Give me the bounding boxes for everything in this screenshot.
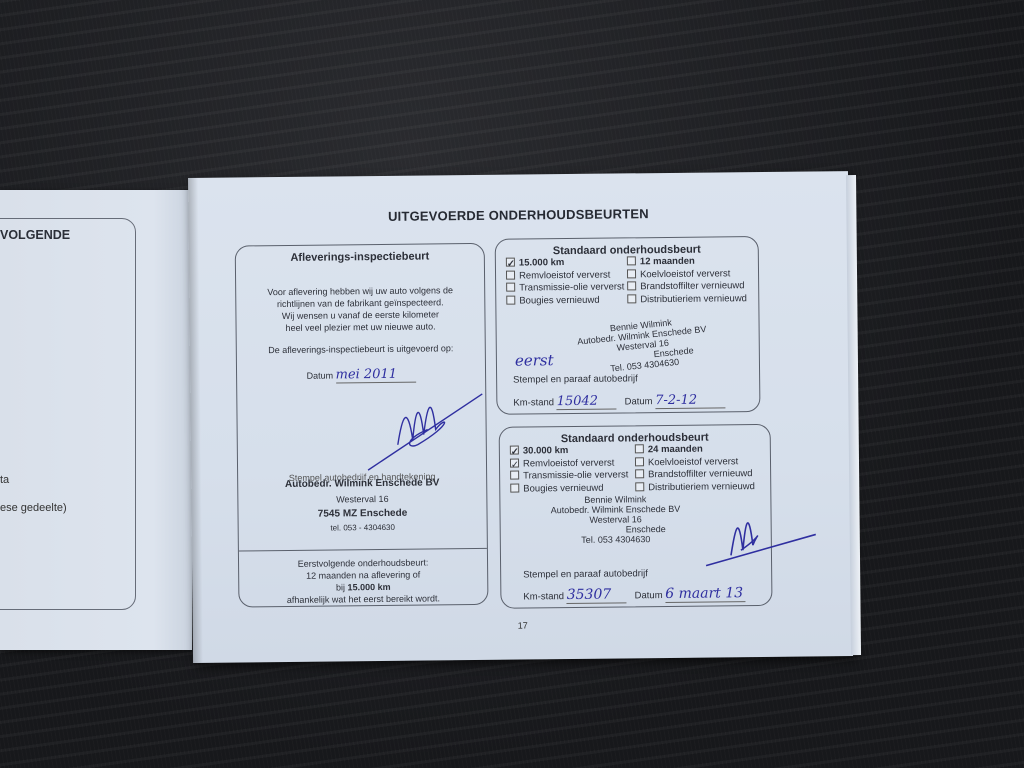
- left-page: VOLGENDE: [0, 190, 192, 650]
- stamp-phone: tel. 053 - 4304630: [239, 522, 487, 534]
- delivery-date-row: Datum mei 2011: [237, 366, 485, 385]
- box-divider: [239, 548, 487, 552]
- delivery-inspection-title: Afleverings-inspectiebeurt: [236, 250, 484, 265]
- stamp-company: Autobedr. Wilmink Enschede BV: [238, 477, 486, 491]
- checkbox-icon[interactable]: [506, 295, 515, 304]
- checkbox-icon[interactable]: [627, 294, 636, 303]
- checkbox-icon[interactable]: [506, 270, 515, 279]
- delivery-inspection-box: Afleverings-inspectiebeurt Voor afleveri…: [235, 243, 489, 608]
- left-page-text-fragment: ese gedeelte): [0, 502, 67, 514]
- km-label: Km-stand: [513, 397, 554, 408]
- performed-on-label: De afleverings-inspectiebeurt is uitgevo…: [237, 342, 485, 357]
- km-date-row: Km-stand 15042 Datum 7-2-12: [513, 392, 725, 410]
- date-value[interactable]: 6 maart 13: [665, 585, 745, 603]
- page-title: UITGEVOERDE ONDERHOUDSBEURTEN: [188, 204, 848, 226]
- checkbox-icon[interactable]: [627, 281, 636, 290]
- stamp-postal-city: 7545 MZ Enschede: [238, 507, 486, 521]
- date-label: Datum: [635, 590, 663, 601]
- service-checklist: ✓15.000 km 12 maanden Remvloeistof verve…: [496, 255, 759, 308]
- intro-line: heel veel plezier met uw nieuwe auto.: [237, 320, 485, 335]
- checkbox-icon[interactable]: [627, 256, 636, 265]
- stamp: Bennie Wilmink Autobedr. Wilmink Ensched…: [460, 493, 771, 546]
- checkbox-checked-icon[interactable]: ✓: [510, 458, 519, 467]
- right-page: UITGEVOERDE ONDERHOUDSBEURTEN Aflevering…: [188, 171, 853, 663]
- checkbox-checked-icon[interactable]: ✓: [510, 446, 519, 455]
- left-page-text-fragment: ta: [0, 474, 9, 486]
- checkbox-icon[interactable]: [627, 269, 636, 278]
- checkbox-bougies[interactable]: Bougies vernieuwd: [506, 294, 627, 308]
- stamp-street: Westerval 16: [238, 493, 486, 506]
- page-number: 17: [193, 617, 853, 634]
- checkbox-icon[interactable]: [635, 469, 644, 478]
- checkbox-icon[interactable]: [635, 444, 644, 453]
- date-label: Datum: [625, 396, 653, 407]
- service-checklist: ✓30.000 km 24 maanden ✓Remvloeistof verv…: [500, 443, 771, 496]
- stamp-label: Stempel en paraaf autobedrijf: [523, 568, 648, 580]
- km-value[interactable]: 35307: [567, 586, 627, 604]
- handwritten-note: eerst: [515, 351, 554, 369]
- next-service-info: Eerstvolgende onderhoudsbeurt: 12 maande…: [239, 556, 487, 607]
- service-box-15000: Standaard onderhoudsbeurt ✓15.000 km 12 …: [495, 236, 761, 415]
- date-value[interactable]: 7-2-12: [655, 392, 725, 409]
- stamp: Bennie Wilmink Autobedr. Wilmink Ensched…: [525, 309, 761, 381]
- km-date-row: Km-stand 35307 Datum 6 maart 13: [523, 585, 745, 604]
- left-page-box: [0, 218, 136, 610]
- next-service-line: afhankelijk wat het eerst bereikt wordt.: [239, 592, 487, 607]
- checkbox-icon[interactable]: [510, 483, 519, 492]
- delivery-date-value[interactable]: mei 2011: [336, 367, 416, 384]
- checkbox-icon[interactable]: [635, 457, 644, 466]
- left-page-heading: VOLGENDE: [0, 228, 70, 242]
- stamp-phone: Tel. 053 4304630: [461, 533, 771, 546]
- signature-icon: [357, 384, 488, 475]
- km-label: Km-stand: [523, 591, 564, 602]
- checkbox-icon[interactable]: [635, 482, 644, 491]
- delivery-intro: Voor aflevering hebben wij uw auto volge…: [236, 284, 484, 335]
- checkbox-icon[interactable]: [510, 471, 519, 480]
- stamp-label: Stempel en paraaf autobedrijf: [513, 373, 638, 385]
- checkbox-icon[interactable]: [506, 283, 515, 292]
- checkbox-distributieriem[interactable]: Distributieriem vernieuwd: [627, 293, 748, 307]
- next-service-km: 15.000 km: [347, 582, 390, 592]
- checkbox-distributieriem[interactable]: Distributieriem vernieuwd: [635, 481, 760, 495]
- checkbox-checked-icon[interactable]: ✓: [506, 258, 515, 267]
- km-value[interactable]: 15042: [557, 394, 617, 411]
- service-box-30000: Standaard onderhoudsbeurt ✓30.000 km 24 …: [499, 424, 773, 609]
- date-label: Datum: [307, 370, 334, 380]
